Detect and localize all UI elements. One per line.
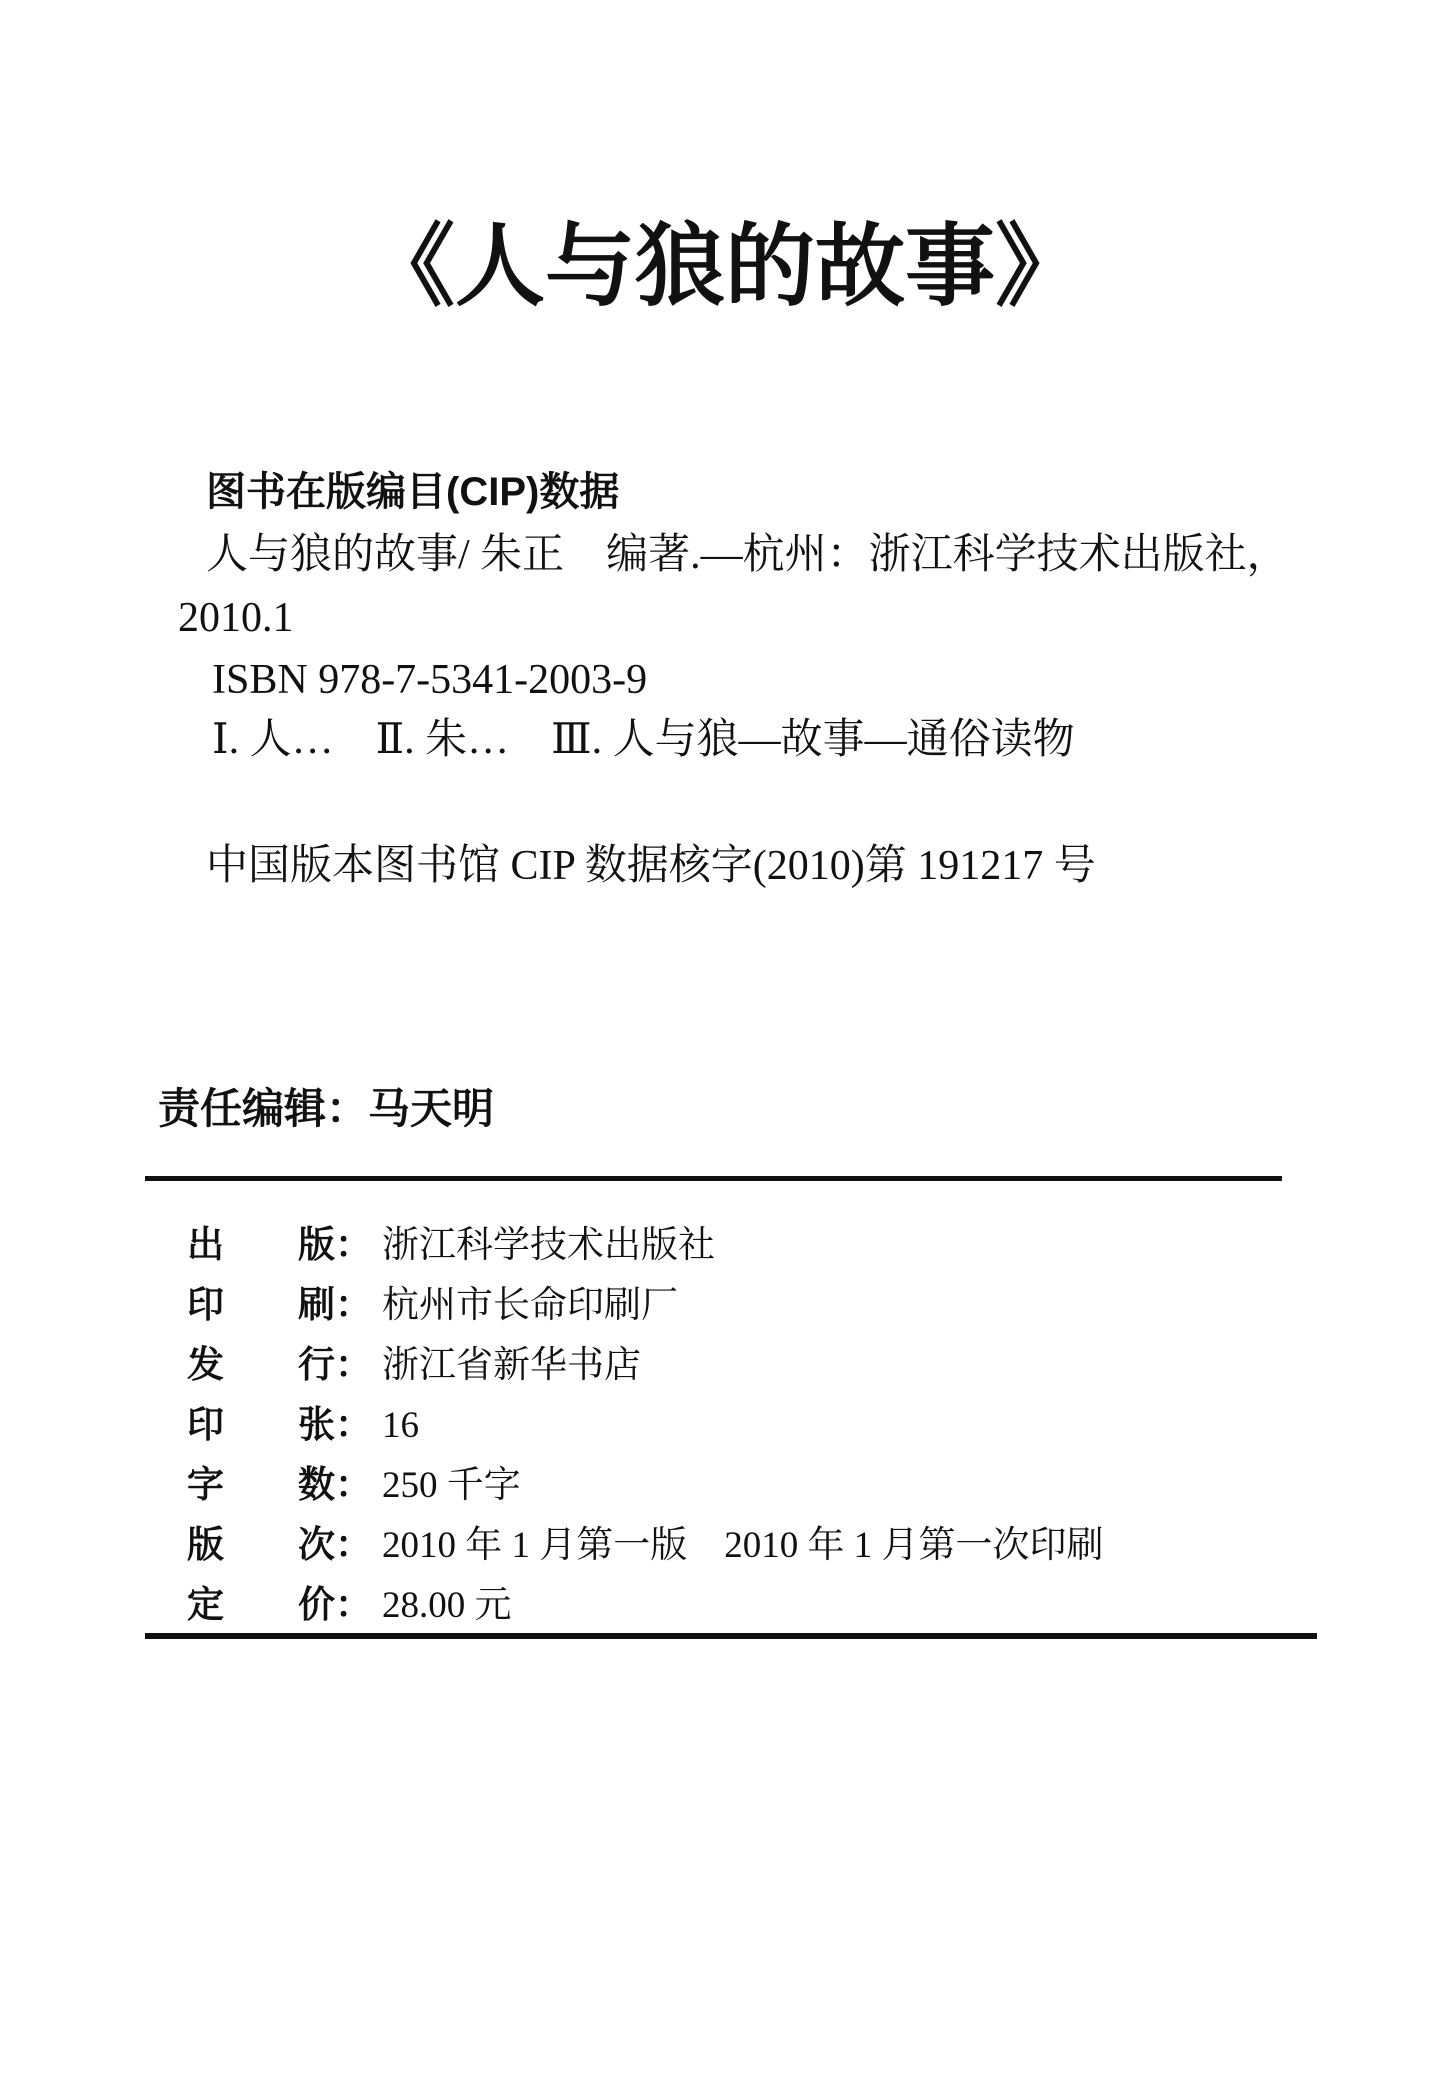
copyright-page: 《人与狼的故事》 图书在版编目(CIP)数据 人与狼的故事/ 朱正 编著.—杭州… [0, 0, 1450, 2100]
cip-record-line: 中国版本图书馆 CIP 数据核字(2010)第 191217 号 [206, 842, 1096, 890]
cip-heading: 图书在版编目(CIP)数据 [206, 468, 619, 516]
colophon-value: 浙江科学技术出版社 [382, 1225, 715, 1266]
colophon-value: 2010 年 1 月第一版 2010 年 1 月第一次印刷 [382, 1525, 1104, 1566]
colophon-row-price: 定 价：28.00 元 [187, 1584, 512, 1628]
book-title: 《人与狼的故事》 [0, 218, 1450, 317]
colophon-value: 28.00 元 [382, 1585, 512, 1626]
classification-line: Ⅰ. 人… Ⅱ. 朱… Ⅲ. 人与狼—故事—通俗读物 [212, 716, 1075, 764]
colophon-row-distributor: 发 行：浙江省新华书店 [187, 1344, 641, 1388]
colophon-value: 16 [382, 1405, 419, 1446]
cip-continuation-line: 2010.1 [178, 594, 294, 642]
isbn-line: ISBN 978-7-5341-2003-9 [212, 656, 647, 704]
colophon-label: 印 张： [187, 1404, 372, 1445]
colophon-row-publisher: 出 版：浙江科学技术出版社 [187, 1224, 715, 1268]
colophon-label: 版 次： [187, 1524, 372, 1565]
colophon-row-sheets: 印 张：16 [187, 1404, 419, 1448]
colophon-value: 250 千字 [382, 1465, 521, 1506]
colophon-value: 浙江省新华书店 [382, 1345, 641, 1386]
colophon-row-wordcount: 字 数：250 千字 [187, 1464, 521, 1508]
colophon-label: 字 数： [187, 1464, 372, 1505]
colophon-row-edition: 版 次：2010 年 1 月第一版 2010 年 1 月第一次印刷 [187, 1524, 1104, 1568]
cip-entry-line: 人与狼的故事/ 朱正 编著.—杭州：浙江科学技术出版社， [206, 531, 1289, 579]
divider-rule-top [145, 1176, 1282, 1181]
managing-editor-line: 责任编辑：马天明 [158, 1085, 494, 1133]
colophon-label: 发 行： [187, 1344, 372, 1385]
divider-rule-bottom [145, 1633, 1317, 1639]
colophon-label: 印 刷： [187, 1284, 372, 1325]
colophon-label: 出 版： [187, 1224, 372, 1265]
colophon-row-printer: 印 刷：杭州市长命印刷厂 [187, 1284, 678, 1328]
colophon-label: 定 价： [187, 1584, 372, 1625]
colophon-value: 杭州市长命印刷厂 [382, 1285, 678, 1326]
